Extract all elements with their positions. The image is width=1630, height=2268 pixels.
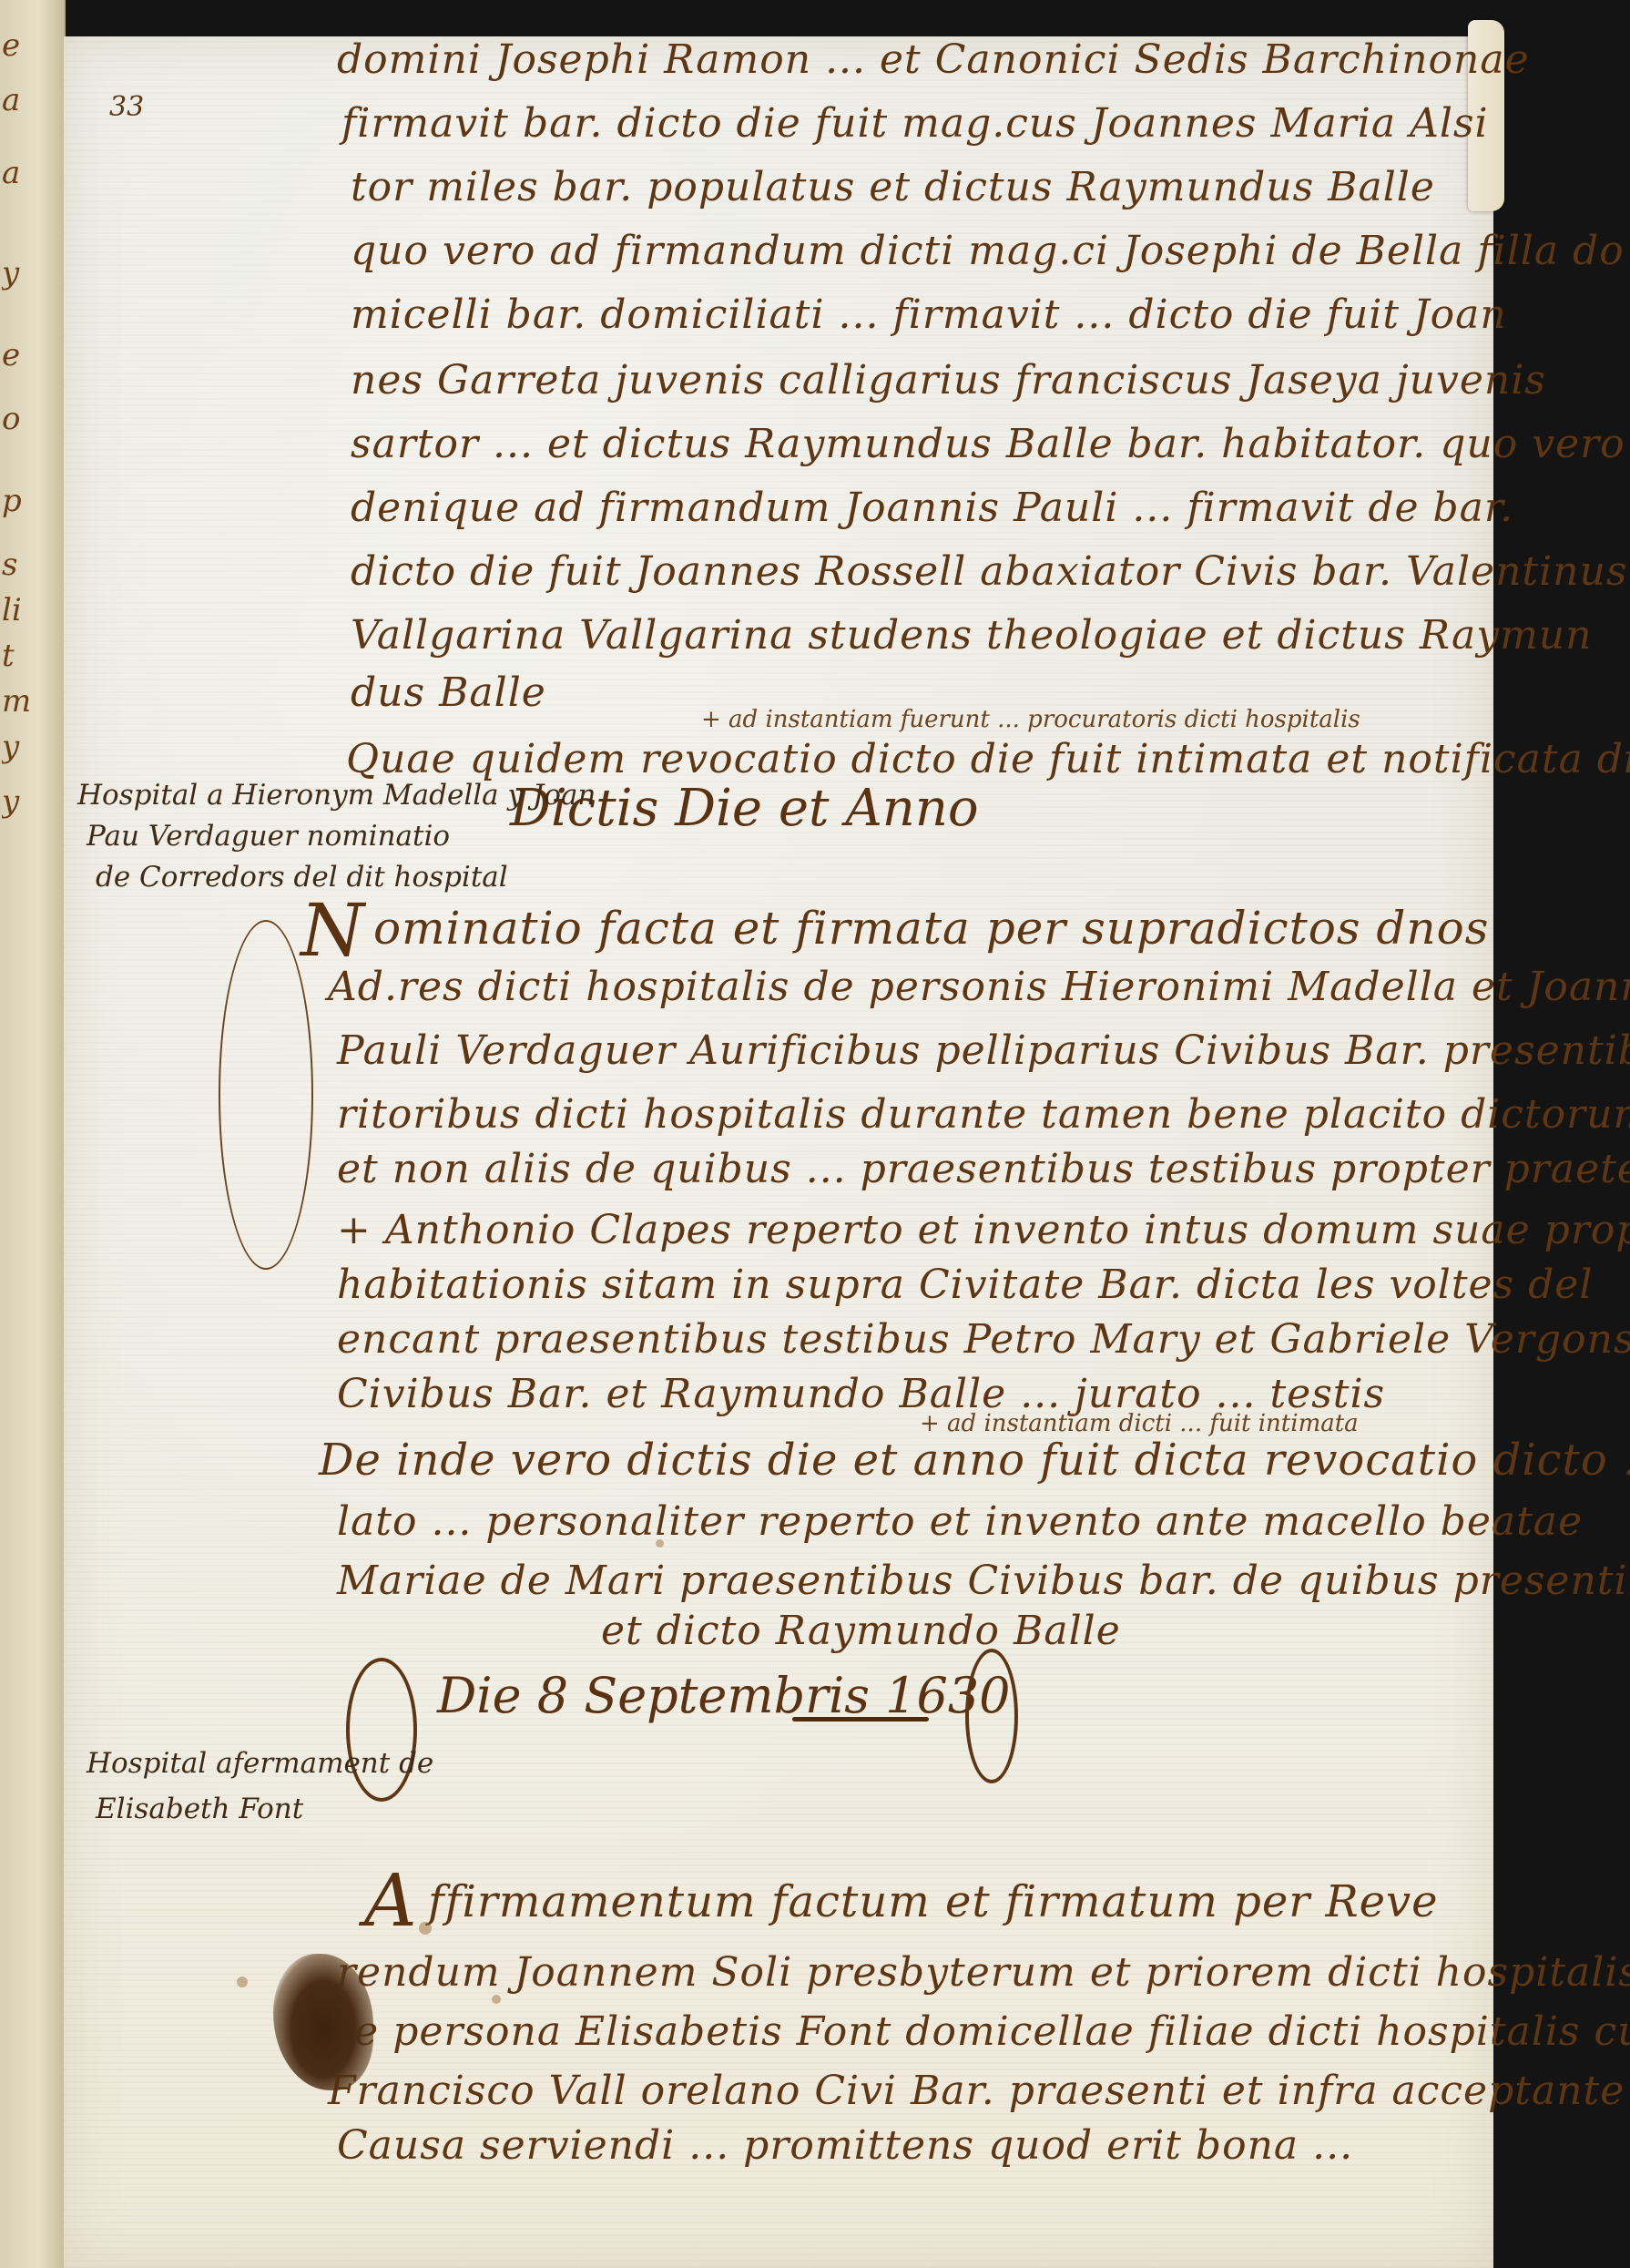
initial-flourish	[219, 920, 313, 1270]
ink-spot	[656, 1539, 664, 1548]
text-line: Vallgarina Vallgarina studens theologiae…	[351, 612, 1592, 659]
margin-note-line: Pau Verdaguer nominatio	[87, 820, 450, 853]
text-line: Mariae de Mari praesentibus Civibus bar.…	[337, 1558, 1630, 1604]
text-line: dicto die fuit Joannes Rossell abaxiator…	[351, 548, 1627, 595]
text-line: Francisco Vall orelano Civi Bar. praesen…	[328, 2068, 1625, 2114]
prev-page-fragment: y	[2, 255, 56, 291]
prev-page-fragment: y	[2, 783, 56, 820]
date-heading: Die 8 Septembris 1630	[437, 1667, 1011, 1724]
text-line: rendum Joannem Soli presbyterum et prior…	[337, 1949, 1630, 1996]
text-line: habitationis sitam in supra Civitate Bar…	[337, 1262, 1593, 1308]
prev-page-fragment: m	[2, 683, 56, 720]
margin-note-line: Elisabeth Font	[96, 1793, 303, 1825]
prev-page-fragment: a	[2, 82, 56, 118]
prev-page-fragment: e	[2, 27, 56, 64]
text-line: quo vero ad firmandum dicti mag.ci Josep…	[351, 228, 1625, 274]
text-line: denique ad firmandum Joannis Pauli ... f…	[351, 485, 1513, 531]
text-line: Ad.res dicti hospitalis de personis Hier…	[328, 964, 1630, 1010]
decorated-initial: N	[301, 888, 364, 973]
text-line: nes Garreta juvenis calligarius francisc…	[351, 357, 1546, 404]
text-line: et non aliis de quibus ... praesentibus …	[337, 1146, 1630, 1192]
text-line: ritoribus dicti hospitalis durante tamen…	[337, 1091, 1630, 1138]
text-line: et dicto Raymundo Balle	[601, 1608, 1121, 1654]
prev-page-fragment: o	[2, 401, 56, 437]
text-line: lato ... personaliter reperto et invento…	[337, 1498, 1583, 1545]
text-line: Pauli Verdaguer Aurificibus pelliparius …	[337, 1027, 1630, 1074]
date-flourish-right	[965, 1649, 1018, 1783]
prev-page-fragment: t	[2, 638, 56, 674]
text-line: De inde vero dictis die et anno fuit dic…	[319, 1435, 1630, 1486]
text-line: micelli bar. domiciliati ... firmavit ..…	[351, 291, 1507, 338]
text-line: firmavit bar. dicto die fuit mag.cus Joa…	[341, 100, 1489, 147]
ink-spot	[419, 1922, 432, 1935]
text-line: dus Balle	[351, 669, 546, 716]
ink-spot	[492, 1995, 501, 2004]
prev-page-fragment: y	[2, 729, 56, 765]
text-line: tor miles bar. populatus et dictus Raymu…	[351, 164, 1435, 210]
prev-page-fragment: a	[2, 155, 56, 191]
interlinear-insertion: + ad instantiam fuerunt ... procuratoris…	[701, 706, 1360, 733]
prev-page-fragment: li	[2, 592, 56, 628]
date-flourish-left	[346, 1658, 417, 1802]
text-line: ffirmamentum factum et firmatum per Reve	[428, 1876, 1439, 1927]
interlinear-insertion: + ad instantiam dicti ... fuit intimata	[920, 1410, 1359, 1437]
margin-note-line: Hospital a Hieronym Madella y Joan	[77, 779, 596, 812]
previous-page-edge: e a a y e o p s li t m y y	[0, 0, 66, 2268]
prev-page-fragment: e	[2, 337, 56, 373]
year-underline	[792, 1717, 929, 1721]
text-line: encant praesentibus testibus Petro Mary …	[337, 1316, 1630, 1363]
margin-note-line: Hospital afermament de	[87, 1747, 433, 1780]
prev-page-fragment: s	[2, 547, 56, 583]
text-line: domini Josephi Ramon ... et Canonici Sed…	[337, 36, 1530, 83]
prev-page-fragment: p	[2, 483, 56, 519]
ink-spot	[237, 1977, 248, 1987]
text-line: + Anthonio Clapes reperto et invento int…	[337, 1207, 1630, 1253]
closing-line: Quae quidem revocatio dicto die fuit int…	[346, 736, 1630, 782]
text-line: de persona Elisabetis Font domicellae fi…	[328, 2008, 1630, 2055]
decorated-initial: A	[364, 1858, 417, 1943]
text-line: Causa serviendi ... promittens quod erit…	[337, 2122, 1353, 2169]
text-line: sartor ... et dictus Raymundus Balle bar…	[351, 421, 1625, 467]
text-line: ominatio facta et firmata per supradicto…	[373, 902, 1489, 955]
folio-number: 33	[109, 91, 144, 123]
